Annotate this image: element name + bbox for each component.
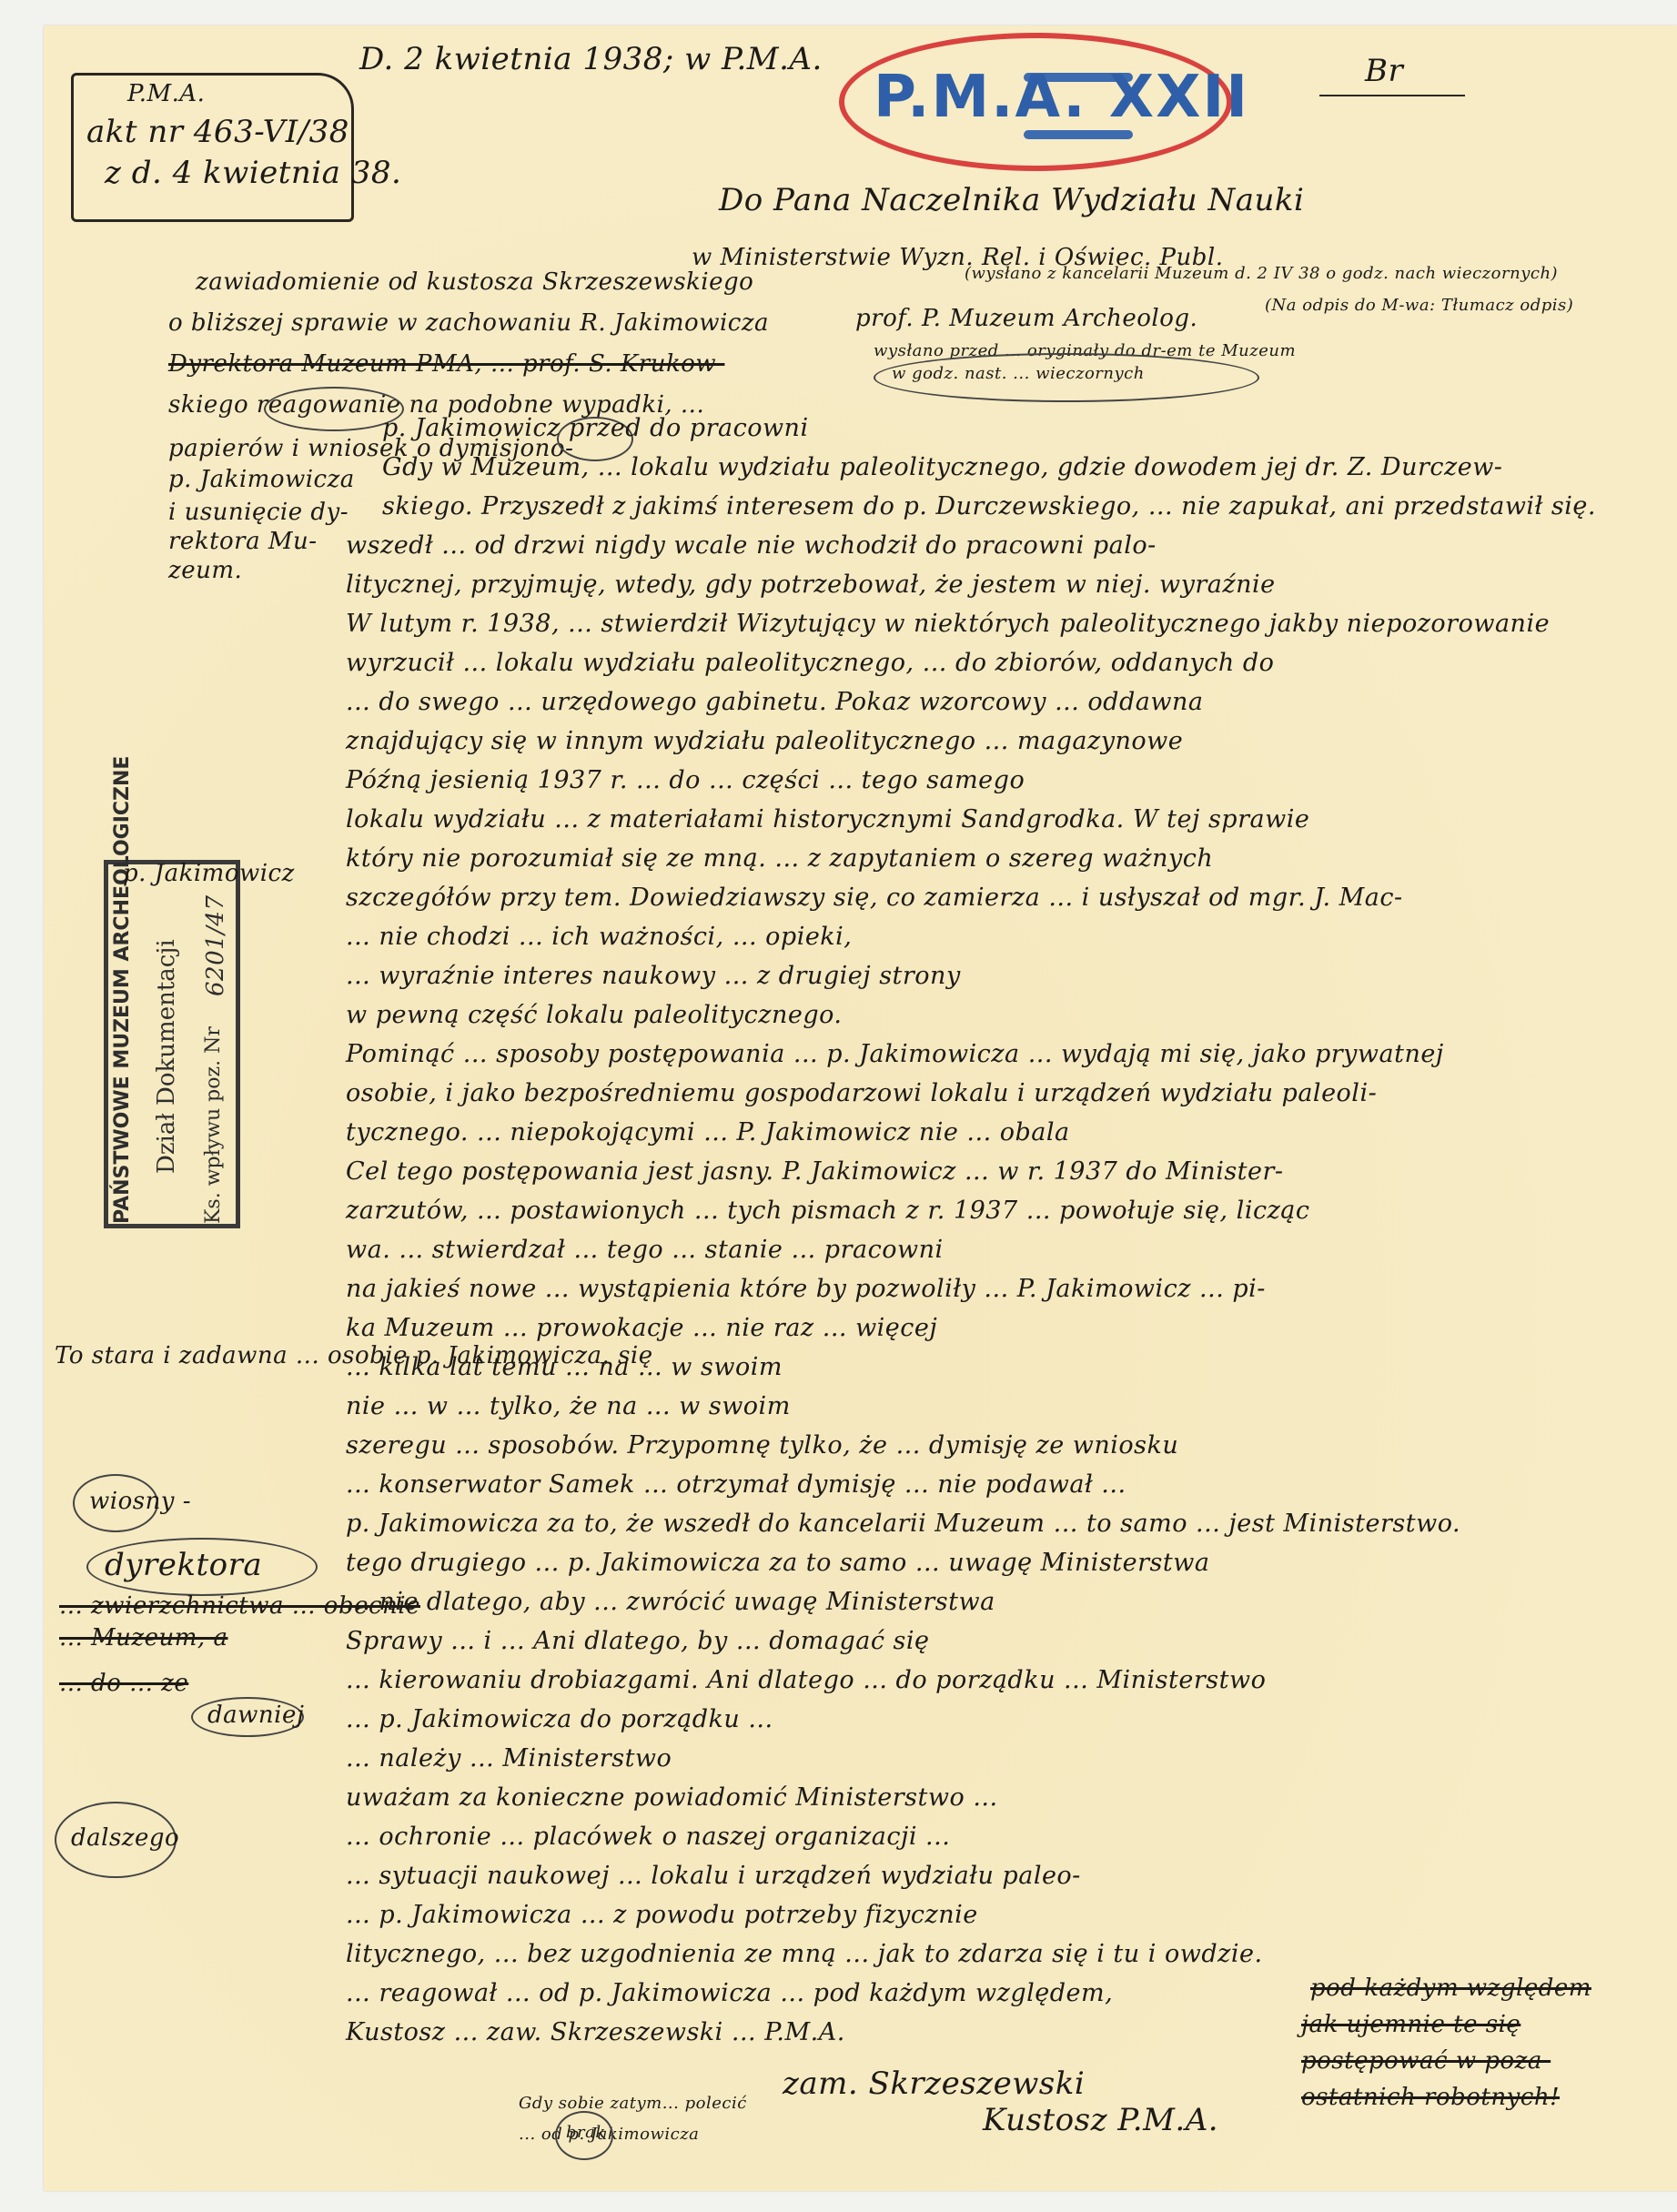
body-line: ... reagował ... od p. Jakimowicza ... p…	[346, 1979, 1113, 2007]
body-line: p. Jakimowicz przed do pracowni	[382, 414, 809, 442]
body-line: w pewną część lokalu paleolitycznego.	[346, 1001, 842, 1029]
body-line: tycznego. ... niepokojącymi ... P. Jakim…	[346, 1118, 1070, 1146]
body-line: nie ... w ... tylko, że na ... w swoim	[346, 1392, 791, 1420]
left-note-1: o bliższej sprawie w zachowaniu R. Jakim…	[168, 309, 769, 337]
body-line: osobie, i jako bezpośredniemu gospodarzo…	[346, 1079, 1377, 1107]
addressee-line3: prof. P. Muzeum Archeolog.	[855, 305, 1197, 332]
body-line: ... należy ... Ministerstwo	[346, 1744, 672, 1773]
body-line: ... p. Jakimowicza do porządku ...	[346, 1705, 773, 1733]
body-line: ... kierowaniu drobiazgami. Ani dlatego …	[346, 1666, 1266, 1694]
body-line: Cel tego postępowania jest jasny. P. Jak…	[346, 1157, 1284, 1186]
initials-underline	[1319, 95, 1465, 96]
ref-box-line3: z d. 4 kwietnia 38.	[105, 155, 401, 191]
bottom-right-2: postępować w poza-	[1301, 2047, 1551, 2075]
body-line: litycznej, przyjmuję, wtedy, gdy potrzeb…	[346, 571, 1276, 599]
body-line: szczegółów przy tem. Dowiedziawszy się, …	[346, 884, 1403, 912]
body-line: Pominąć ... sposoby postępowania ... p. …	[346, 1040, 1444, 1068]
body-line: ... wyraźnie interes naukowy ... z drugi…	[346, 962, 961, 990]
bottom-right-3: ostatnich robotnych!	[1301, 2084, 1560, 2111]
addressee-oval-note: w godz. nast. ... wieczornych	[892, 364, 1145, 383]
body-line: ... konserwator Samek ... otrzymał dymis…	[346, 1470, 1126, 1499]
body-line: na jakieś nowe ... wystąpienia które by …	[346, 1275, 1266, 1303]
left-note-7: rektora Mu-	[168, 528, 318, 555]
lower-note-2: dyrektora	[105, 1547, 262, 1583]
stamp-line3: Ks. wpływu poz. Nr	[202, 1026, 225, 1224]
lower-note-5: ... do ... ze	[59, 1670, 188, 1697]
lower-note-1: wiosny -	[89, 1488, 191, 1515]
body-line: Kustosz ... zaw. Skrzeszewski ... P.M.A.	[346, 2018, 845, 2046]
signature-left-note: Gdy sobie zatym... polecić ... od p. Jak…	[519, 2088, 755, 2150]
body-line: szeregu ... sposobów. Przypomnę tylko, ż…	[346, 1431, 1178, 1460]
left-note-0: zawiadomienie od kustosza Skrzeszewskieg…	[196, 268, 753, 296]
lower-note-3: ... zwierzchnictwa ... obecnie	[59, 1592, 420, 1620]
lower-note-0: To stara i zadawna ... osobie p. Jakimow…	[55, 1342, 653, 1369]
body-line: tego drugiego ... p. Jakimowicza za to s…	[346, 1549, 1209, 1577]
left-note-5: p. Jakimowicza	[168, 466, 355, 493]
body-line: Gdy w Muzeum, ... lokalu wydziału paleol…	[382, 453, 1502, 481]
date-line: D. 2 kwietnia 1938; w P.M.A.	[359, 41, 823, 77]
body-line: znajdujący się w innym wydziału paleolit…	[346, 727, 1183, 755]
pma-xxii-mark: P.M.A. XXII	[874, 64, 1249, 131]
body-line: ka Muzeum ... prowokacje ... nie raz ...…	[346, 1314, 937, 1342]
ref-box-line1: P.M.A.	[127, 80, 205, 107]
body-line: ... nie dlatego, aby ... zwrócić uwagę M…	[346, 1588, 995, 1616]
addressee-note-right: (wysłano z kancelarii Muzeum d. 2 IV 38 …	[965, 264, 1558, 283]
body-line: ... p. Jakimowicza ... z powodu potrzeby…	[346, 1901, 978, 1929]
bottom-right-1: jak ujemnie te się	[1301, 2011, 1520, 2038]
initials: Br	[1365, 53, 1403, 89]
signature-name: zam. Skrzeszewski	[783, 2066, 1085, 2102]
stamp-line1: PAŃSTWOWE MUZEUM ARCHEOLOGICZNE	[111, 756, 134, 1224]
body-line: Sprawy ... i ... Ani dlatego, by ... dom…	[346, 1627, 930, 1655]
body-line: p. Jakimowicza za to, że wszedł do kance…	[346, 1510, 1460, 1538]
addressee-note-right2: (Na odpis do M-wa: Tłumacz odpis)	[1265, 296, 1573, 315]
signature-circled: brak	[566, 2123, 606, 2142]
body-line: wszedł ... od drzwi nigdy wcale nie wcho…	[346, 531, 1157, 560]
body-line: skiego. Przyszedł z jakimś interesem do …	[382, 492, 1596, 520]
body-line: zarzutów, ... postawionych ... tych pism…	[346, 1197, 1310, 1225]
left-note-2: Dyrektora Muzeum PMA, ... prof. S. Kruko…	[168, 350, 724, 378]
bottom-right-0: pod każdym względem	[1310, 1975, 1591, 2002]
body-line: lokalu wydziału ... z materiałami histor…	[346, 805, 1309, 833]
body-line: ... do swego ... urzędowego gabinetu. Po…	[346, 688, 1203, 716]
body-line: W lutym r. 1938, ... stwierdził Wizytują…	[346, 610, 1550, 638]
body-line: ... nie chodzi ... ich ważności, ... opi…	[346, 923, 852, 951]
signature-title: Kustosz P.M.A.	[983, 2102, 1218, 2138]
lower-note-7: dalszego	[71, 1824, 179, 1852]
body-line: ... sytuacji naukowej ... lokalu i urząd…	[346, 1862, 1081, 1890]
body-line: Późną jesienią 1937 r. ... do ... części…	[346, 766, 1025, 794]
body-line: uważam za konieczne powiadomić Ministers…	[346, 1783, 998, 1812]
body-line: ... ochronie ... placówek o naszej organ…	[346, 1823, 950, 1851]
body-line: wyrzucił ... lokalu wydziału paleolitycz…	[346, 649, 1274, 677]
stamp-line2: Dział Dokumentacji	[153, 939, 180, 1174]
lower-note-4: ... Muzeum, a	[59, 1624, 227, 1651]
ref-box-line2: akt nr 463-VI/38	[86, 114, 349, 150]
body-line: który nie porozumiał się ze mną. ... z z…	[346, 844, 1213, 873]
left-note-6: i usunięcie dy-	[168, 499, 349, 526]
lower-note-6: dawniej	[207, 1702, 304, 1729]
addressee-line1: Do Pana Naczelnika Wydziału Nauki	[719, 182, 1304, 218]
stamp-number: 6201/47	[202, 894, 229, 996]
body-line: wa. ... stwierdzał ... tego ... stanie .…	[346, 1236, 944, 1264]
left-note-8: zeum.	[168, 557, 242, 584]
blue-underbar	[1024, 130, 1133, 139]
stamp-handwritten-over: p. Jakimowicz	[123, 860, 295, 887]
body-line: litycznego, ... bez uzgodnienia ze mną .…	[346, 1940, 1263, 1968]
